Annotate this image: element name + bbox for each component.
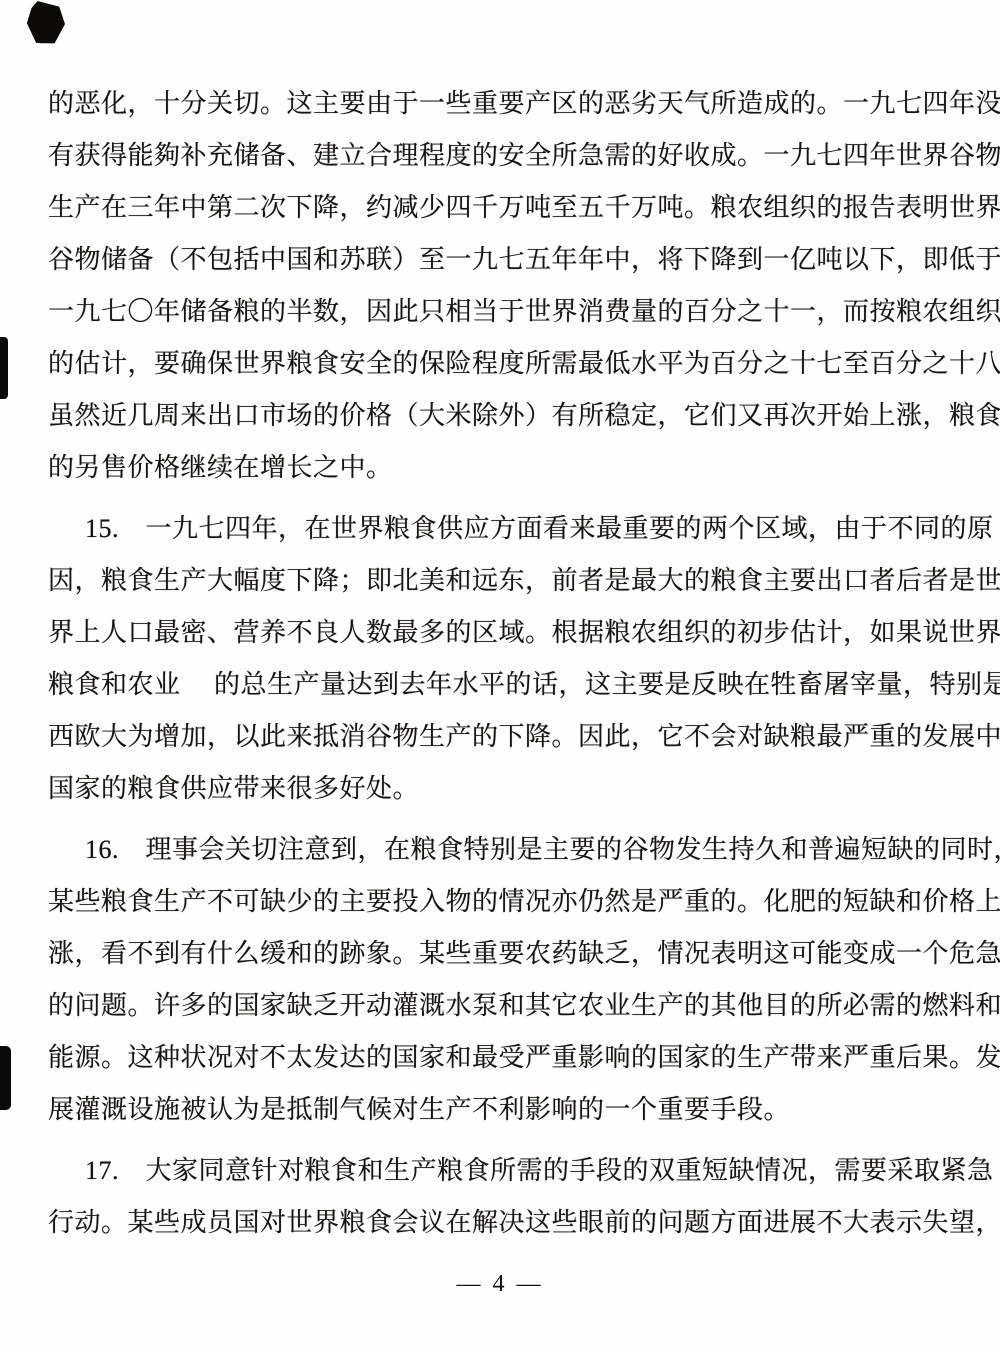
scanned-document-page: 的恶化，十分关切。这主要由于一些重要产区的恶劣天气所造成的。一九七四年没 有获得… [0, 0, 1000, 1350]
text-line: 行动。某些成员国对世界粮食会议在解决这些眼前的问题方面进展不大表示失望， [48, 1197, 962, 1249]
paragraph-number-line: 16. 理事会关切注意到，在粮食特别是主要的谷物发生持久和普遍短缺的同时， [48, 824, 962, 876]
text-line: 虽然近几周来出口市场的价格（大米除外）有所稳定，它们又再次开始上涨，粮食 [48, 390, 962, 442]
paragraph-14-continuation: 的恶化，十分关切。这主要由于一些重要产区的恶劣天气所造成的。一九七四年没 有获得… [48, 78, 962, 494]
text-line: 的估计，要确保世界粮食安全的保险程度所需最低水平为百分之十七至百分之十八。 [48, 338, 962, 390]
scan-ink-bar-artifact [0, 1046, 11, 1110]
paragraph-number-line: 15. 一九七四年，在世界粮食供应方面看来最重要的两个区域，由于不同的原 [48, 503, 962, 555]
paragraph-15: 15. 一九七四年，在世界粮食供应方面看来最重要的两个区域，由于不同的原 因，粮… [48, 503, 962, 815]
text-line: 某些粮食生产不可缺少的主要投入物的情况亦仍然是严重的。化肥的短缺和价格上 [48, 876, 962, 928]
text-line: 涨，看不到有什么缓和的跡象。某些重要农药缺乏，情况表明这可能变成一个危急 [48, 928, 962, 980]
paragraph-number-line: 17. 大家同意针对粮食和生产粮食所需的手段的双重短缺情况，需要采取紧急 [48, 1145, 962, 1197]
text-line: 展灌溉设施被认为是抵制气候对生产不利影响的一个重要手段。 [48, 1084, 962, 1136]
page-number: — 4 — [0, 1271, 1000, 1298]
text-line: 一九七〇年储备粮的半数，因此只相当于世界消费量的百分之十一，而按粮农组织 [48, 286, 962, 338]
text-line: 因，粮食生产大幅度下降；即北美和远东，前者是最大的粮食主要出口者后者是世 [48, 555, 962, 607]
scan-ink-blot-artifact [25, 0, 67, 46]
text-line: 界上人口最密、营养不良人数最多的区域。根据粮农组织的初步估计，如果说世界 [48, 607, 962, 659]
text-line: 的问题。许多的国家缺乏开动灌溉水泵和其它农业生产的其他目的所必需的燃料和 [48, 980, 962, 1032]
text-line: 国家的粮食供应带来很多好处。 [48, 763, 962, 815]
text-line: 的另售价格继续在增长之中。 [48, 442, 962, 494]
text-line: 的恶化，十分关切。这主要由于一些重要产区的恶劣天气所造成的。一九七四年没 [48, 78, 962, 130]
text-line: 西欧大为增加，以此来抵消谷物生产的下降。因此，它不会对缺粮最严重的发展中 [48, 711, 962, 763]
scan-ink-bar-artifact [0, 337, 8, 399]
text-line: 粮食和农业 的总生产量达到去年水平的话，这主要是反映在牲畜屠宰量，特别是 [48, 659, 962, 711]
text-line: 能源。这种状况对不太发达的国家和最受严重影响的国家的生产带来严重后果。发 [48, 1032, 962, 1084]
paragraph-17: 17. 大家同意针对粮食和生产粮食所需的手段的双重短缺情况，需要采取紧急 行动。… [48, 1145, 962, 1249]
paragraph-16: 16. 理事会关切注意到，在粮食特别是主要的谷物发生持久和普遍短缺的同时， 某些… [48, 824, 962, 1136]
text-line: 生产在三年中第二次下降，约减少四千万吨至五千万吨。粮农组织的报告表明世界 [48, 182, 962, 234]
text-line: 谷物储备（不包括中国和苏联）至一九七五年年中，将下降到一亿吨以下，即低于 [48, 234, 962, 286]
text-line: 有获得能夠补充储备、建立合理程度的安全所急需的好收成。一九七四年世界谷物 [48, 130, 962, 182]
document-body: 的恶化，十分关切。这主要由于一些重要产区的恶劣天气所造成的。一九七四年没 有获得… [48, 78, 962, 1258]
